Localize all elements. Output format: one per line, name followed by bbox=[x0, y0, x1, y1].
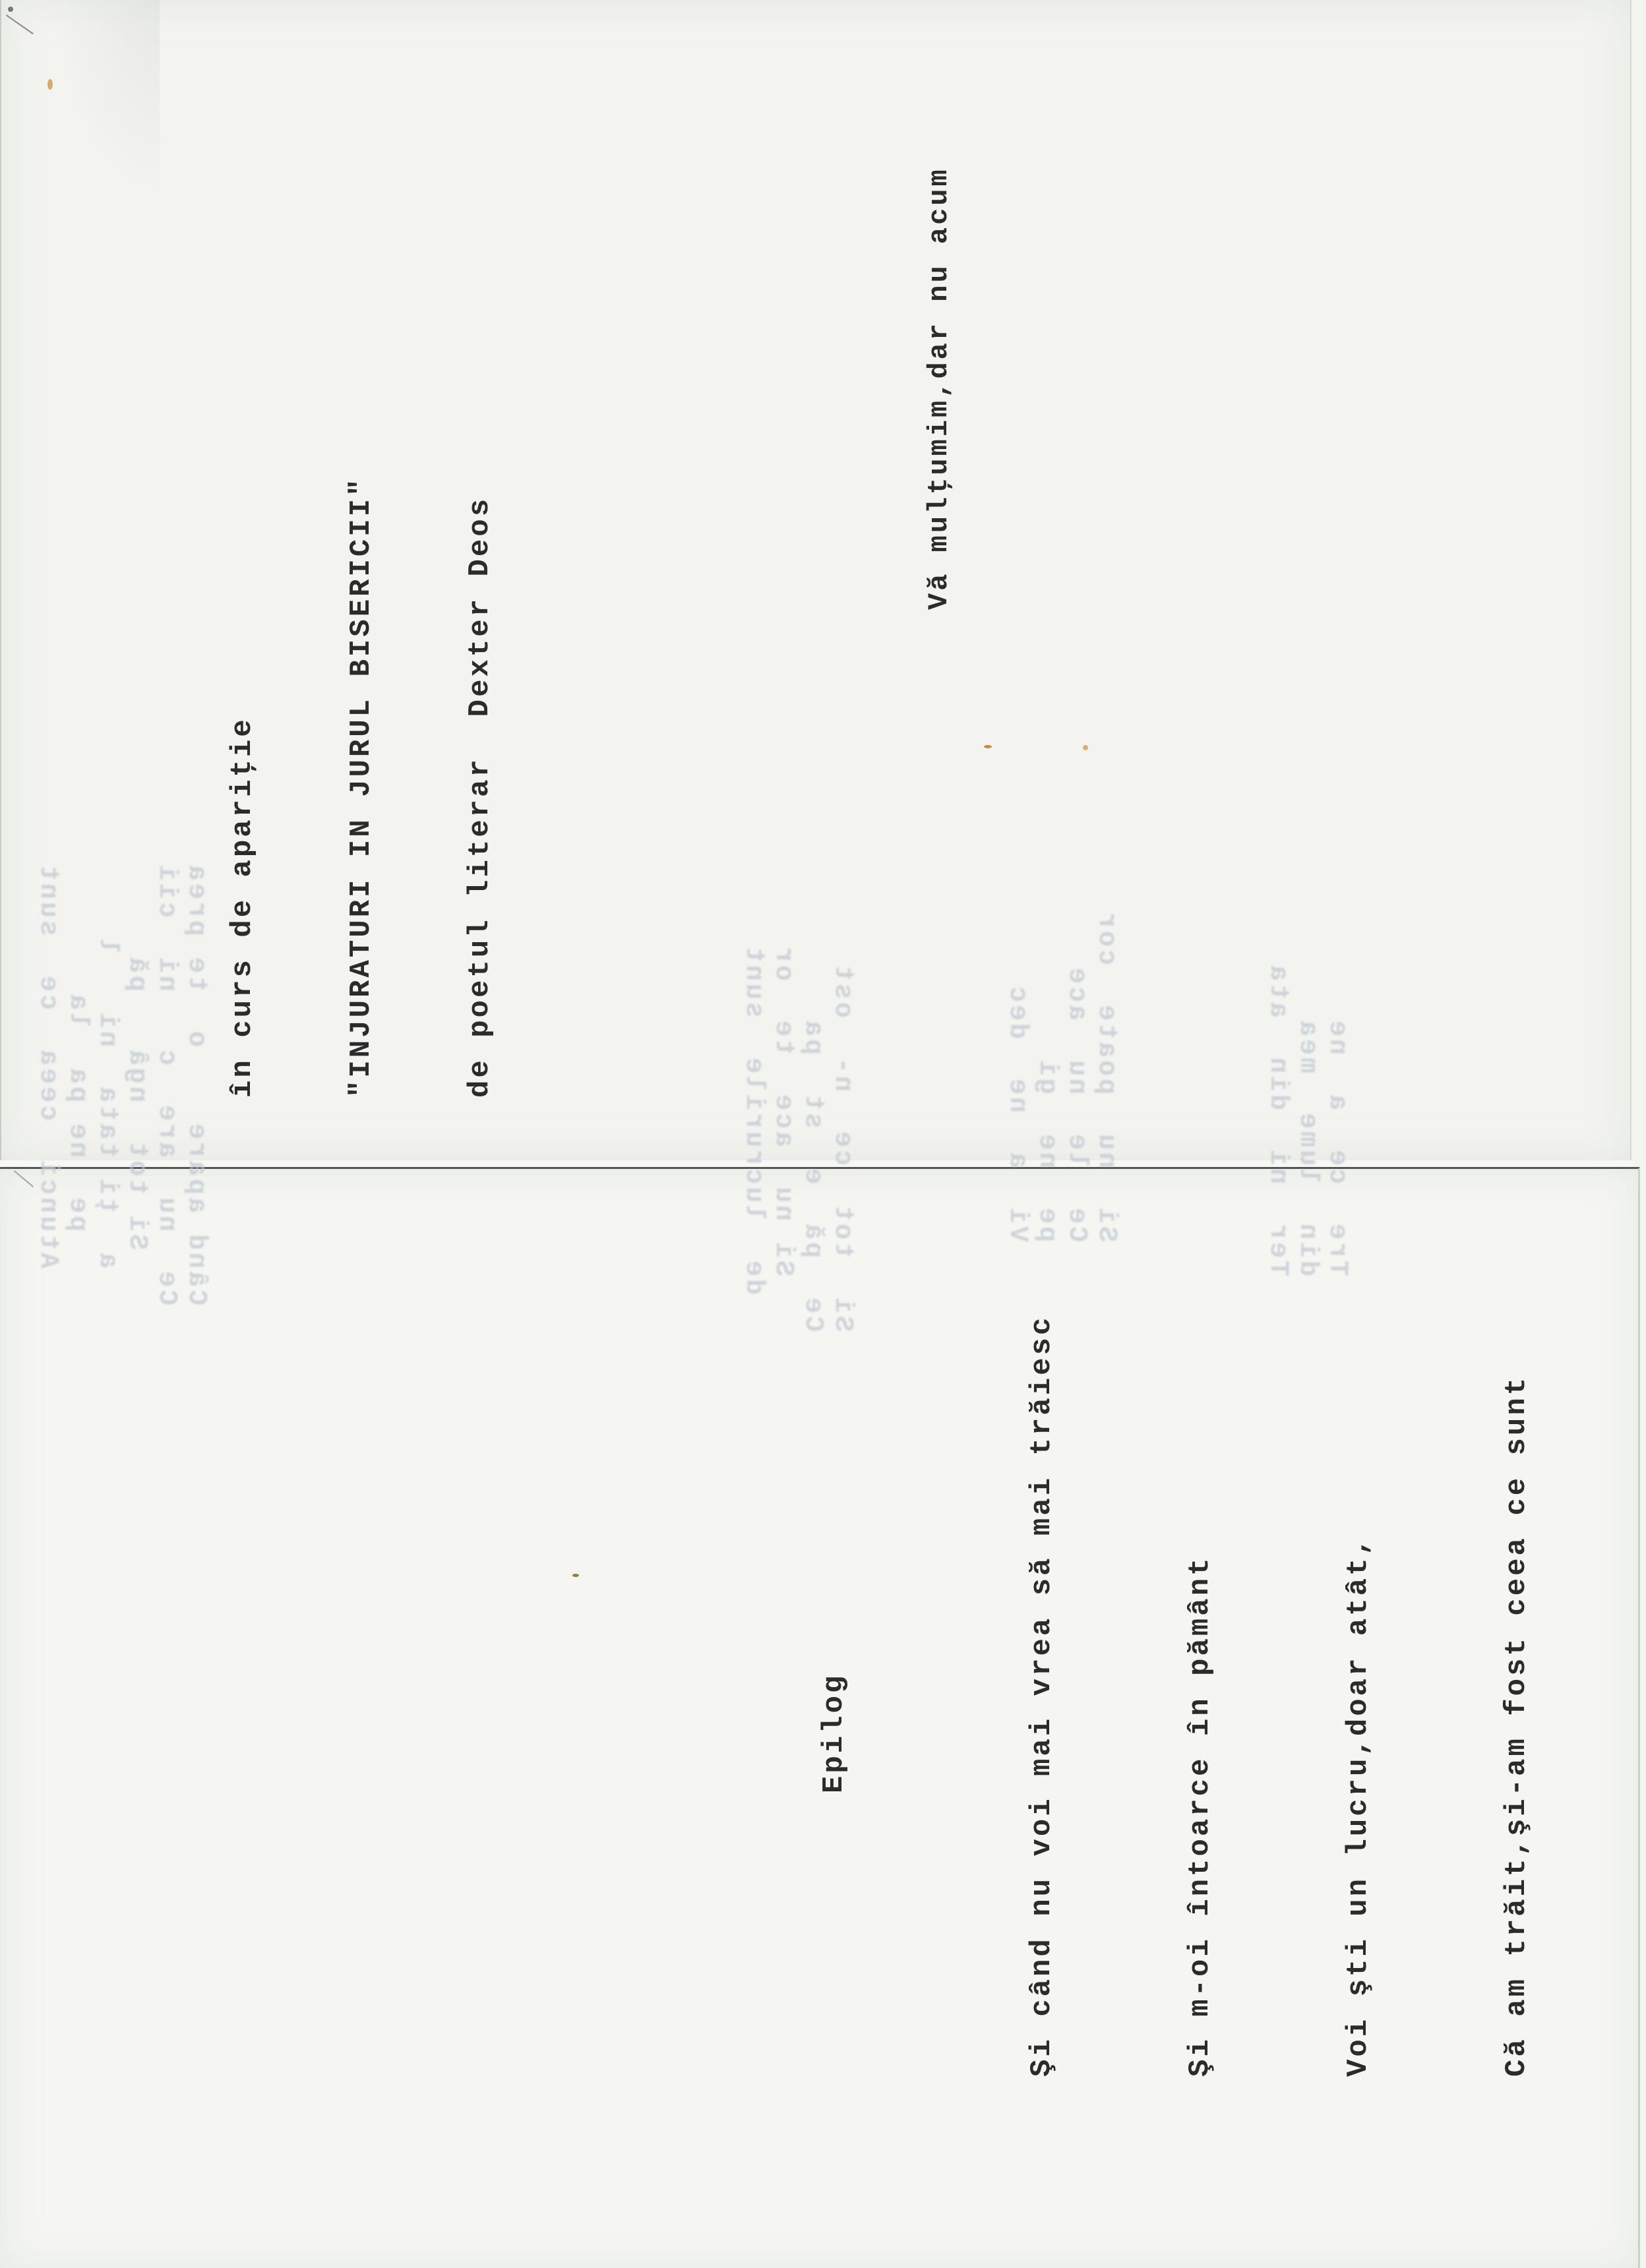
stain-speck bbox=[572, 1574, 579, 1577]
poem-line: Că am trăit,şi-am fost ceea ce sunt bbox=[1490, 1315, 1543, 2077]
announcement-line-1: în curs de apariţie bbox=[223, 476, 262, 1098]
paper-fold-shadow bbox=[54, 0, 160, 198]
stain-speck bbox=[47, 79, 53, 90]
bleed-through-text: Si tot ce n- ost Ce pă e st pa Si nu ace… bbox=[739, 944, 857, 1332]
book-title: "INJURATURI IN JURUL BISERICII" bbox=[342, 476, 381, 1098]
stain-speck bbox=[984, 745, 992, 748]
stain-speck bbox=[1083, 745, 1088, 750]
poem-line: Şi m-oi întoarce în pământ bbox=[1174, 1315, 1227, 2077]
closing-line: Vă mulţumim,dar nu acum bbox=[923, 167, 955, 610]
poem-title: Epilog bbox=[818, 1673, 851, 1793]
poem-line: Voi şti un lucru,doar atât, bbox=[1332, 1315, 1385, 2077]
poem-line: Şi când nu voi mai vrea să mai trăiesc bbox=[1016, 1315, 1068, 2077]
author-line: de poetul literar Dexter Deos bbox=[460, 476, 500, 1098]
announcement-block: în curs de apariţie "INJURATURI IN JURUL… bbox=[144, 476, 539, 1098]
bleed-through-text: Si nu poate cor Ce le nu ace pe ne gi Vi… bbox=[1002, 910, 1121, 1279]
pencil-mark bbox=[6, 15, 34, 34]
bleed-through-text: Tre ce a ne din lume mea Ter ni din ata bbox=[1263, 963, 1352, 1332]
poem-body: Şi când nu voi mai vrea să mai trăiesc Ş… bbox=[910, 1315, 1596, 2077]
ink-speck bbox=[8, 7, 13, 12]
